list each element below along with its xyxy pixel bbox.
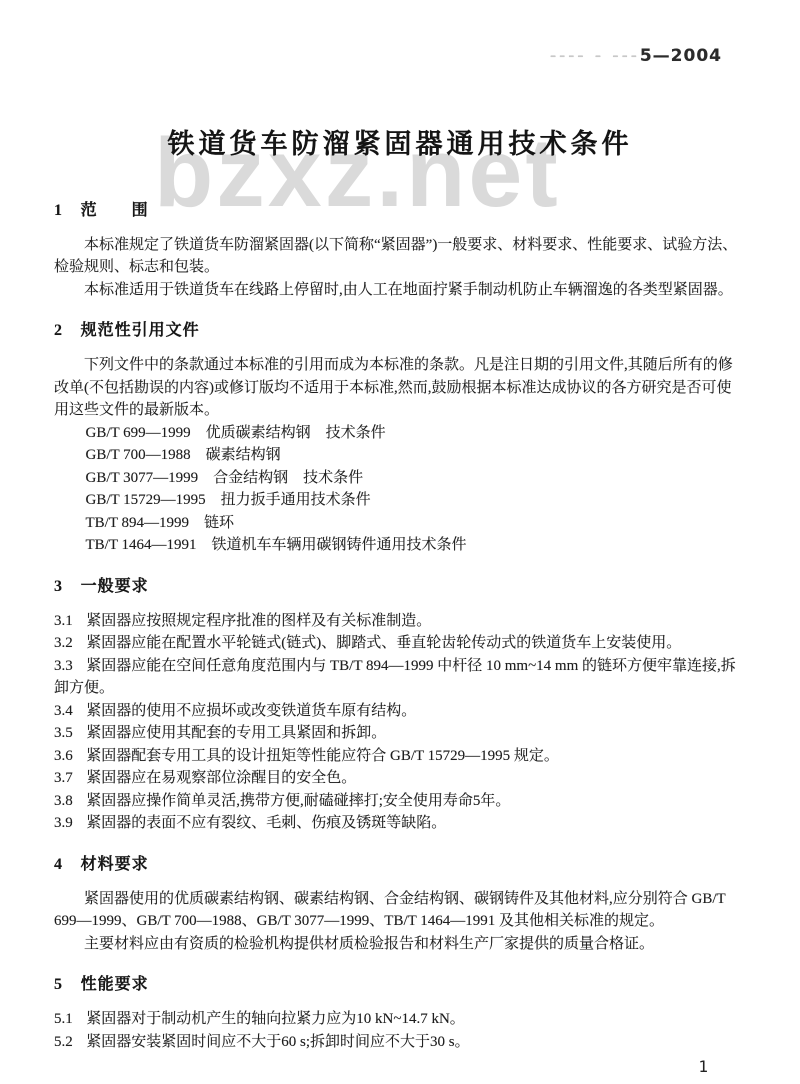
clause: 3.9紧固器的表面不应有裂纹、毛刺、伤痕及锈斑等缺陷。 — [54, 812, 746, 835]
reference-item: TB/T 894—1999 链环 — [54, 512, 746, 535]
section-4-heading: 4材料要求 — [54, 853, 746, 877]
clause-number: 5.2 — [54, 1034, 73, 1050]
reference-item: GB/T 699—1999 优质碳素结构钢 技术条件 — [54, 422, 746, 445]
clause-number: 3.3 — [54, 658, 73, 674]
clause-text: 紧固器配套专用工具的设计扭矩等性能应符合 GB/T 15729—1995 规定。 — [86, 748, 559, 764]
clause-number: 3.8 — [54, 793, 73, 809]
clause-text: 紧固器的使用不应损坏或改变铁道货车原有结构。 — [86, 703, 416, 719]
clause-number: 3.4 — [54, 703, 73, 719]
reference-item: GB/T 700—1988 碳素结构钢 — [54, 444, 746, 467]
document-page: ---- - ---5—2004 bzxz.net 铁道货车防溜紧固器通用技术条… — [0, 0, 800, 1084]
clause-text: 紧固器应能在配置水平轮链式(链式)、脚踏式、垂直轮齿轮传动式的铁道货车上安装使用… — [86, 635, 681, 651]
standard-number-faded-part: ---- - --- — [550, 46, 640, 66]
section-4-number: 4 — [54, 856, 63, 873]
section-4-title: 材料要求 — [81, 856, 149, 873]
clause-number: 3.2 — [54, 635, 73, 651]
clause: 3.4紧固器的使用不应损坏或改变铁道货车原有结构。 — [54, 700, 746, 723]
section-3-number: 3 — [54, 578, 63, 595]
section-2-paragraph: 下列文件中的条款通过本标准的引用而成为本标准的条款。凡是注日期的引用文件,其随后… — [54, 354, 746, 422]
section-2-heading: 2规范性引用文件 — [54, 319, 746, 343]
clause-text: 紧固器应使用其配套的专用工具紧固和拆卸。 — [86, 725, 386, 741]
clause-number: 3.6 — [54, 748, 73, 764]
section-3-heading: 3一般要求 — [54, 575, 746, 599]
clause-text: 紧固器应按照规定程序批准的图样及有关标准制造。 — [86, 613, 431, 629]
section-4-paragraph: 紧固器使用的优质碳素结构钢、碳素结构钢、合金结构钢、碳钢铸件及其他材料,应分别符… — [54, 888, 746, 933]
clause-number: 5.1 — [54, 1011, 73, 1027]
clause-text: 紧固器应操作简单灵活,携带方便,耐磕碰摔打;安全使用寿命5年。 — [86, 793, 510, 809]
clause: 3.7紧固器应在易观察部位涂醒目的安全色。 — [54, 767, 746, 790]
reference-item: GB/T 15729—1995 扭力扳手通用技术条件 — [54, 489, 746, 512]
section-1-heading: 1范 围 — [54, 199, 746, 223]
clause: 3.5紧固器应使用其配套的专用工具紧固和拆卸。 — [54, 722, 746, 745]
clause-text: 紧固器安装紧固时间应不大于60 s;拆卸时间应不大于30 s。 — [86, 1034, 469, 1050]
clause-text: 紧固器对于制动机产生的轴向拉紧力应为10 kN~14.7 kN。 — [86, 1011, 465, 1027]
section-1-paragraph: 本标准适用于铁道货车在线路上停留时,由人工在地面拧紧手制动机防止车辆溜逸的各类型… — [54, 279, 746, 302]
clause-number: 3.1 — [54, 613, 73, 629]
clause-text: 紧固器的表面不应有裂纹、毛刺、伤痕及锈斑等缺陷。 — [86, 815, 446, 831]
page-number: 1 — [698, 1057, 708, 1076]
clause-text: 紧固器应在易观察部位涂醒目的安全色。 — [86, 770, 356, 786]
page-content: 铁道货车防溜紧固器通用技术条件 1范 围 本标准规定了铁道货车防溜紧固器(以下简… — [0, 0, 800, 1053]
standard-number: ---- - ---5—2004 — [550, 46, 722, 66]
section-5-heading: 5性能要求 — [54, 973, 746, 997]
clause: 3.3紧固器应能在空间任意角度范围内与 TB/T 894—1999 中杆径 10… — [54, 655, 746, 700]
clause-number: 3.7 — [54, 770, 73, 786]
section-2-number: 2 — [54, 322, 63, 339]
clause: 3.2紧固器应能在配置水平轮链式(链式)、脚踏式、垂直轮齿轮传动式的铁道货车上安… — [54, 632, 746, 655]
section-1-title: 范 围 — [81, 202, 149, 219]
section-5-number: 5 — [54, 976, 63, 993]
reference-item: GB/T 3077—1999 合金结构钢 技术条件 — [54, 467, 746, 490]
section-1-paragraph: 本标准规定了铁道货车防溜紧固器(以下简称“紧固器”)一般要求、材料要求、性能要求… — [54, 234, 746, 279]
document-title: 铁道货车防溜紧固器通用技术条件 — [54, 0, 746, 165]
clause: 3.6紧固器配套专用工具的设计扭矩等性能应符合 GB/T 15729—1995 … — [54, 745, 746, 768]
section-4-paragraph: 主要材料应由有资质的检验机构提供材质检验报告和材料生产厂家提供的质量合格证。 — [54, 933, 746, 956]
section-5-title: 性能要求 — [81, 976, 149, 993]
reference-item: TB/T 1464—1991 铁道机车车辆用碳钢铸件通用技术条件 — [54, 534, 746, 557]
clause: 5.2紧固器安装紧固时间应不大于60 s;拆卸时间应不大于30 s。 — [54, 1031, 746, 1054]
clause-text: 紧固器应能在空间任意角度范围内与 TB/T 894—1999 中杆径 10 mm… — [54, 658, 736, 697]
clause: 3.8紧固器应操作简单灵活,携带方便,耐磕碰摔打;安全使用寿命5年。 — [54, 790, 746, 813]
clause-number: 3.5 — [54, 725, 73, 741]
clause: 5.1紧固器对于制动机产生的轴向拉紧力应为10 kN~14.7 kN。 — [54, 1008, 746, 1031]
standard-number-year: 5—2004 — [640, 46, 722, 66]
clause-number: 3.9 — [54, 815, 73, 831]
section-2-title: 规范性引用文件 — [81, 322, 200, 339]
clause: 3.1紧固器应按照规定程序批准的图样及有关标准制造。 — [54, 610, 746, 633]
section-1-number: 1 — [54, 202, 63, 219]
section-3-title: 一般要求 — [81, 578, 149, 595]
